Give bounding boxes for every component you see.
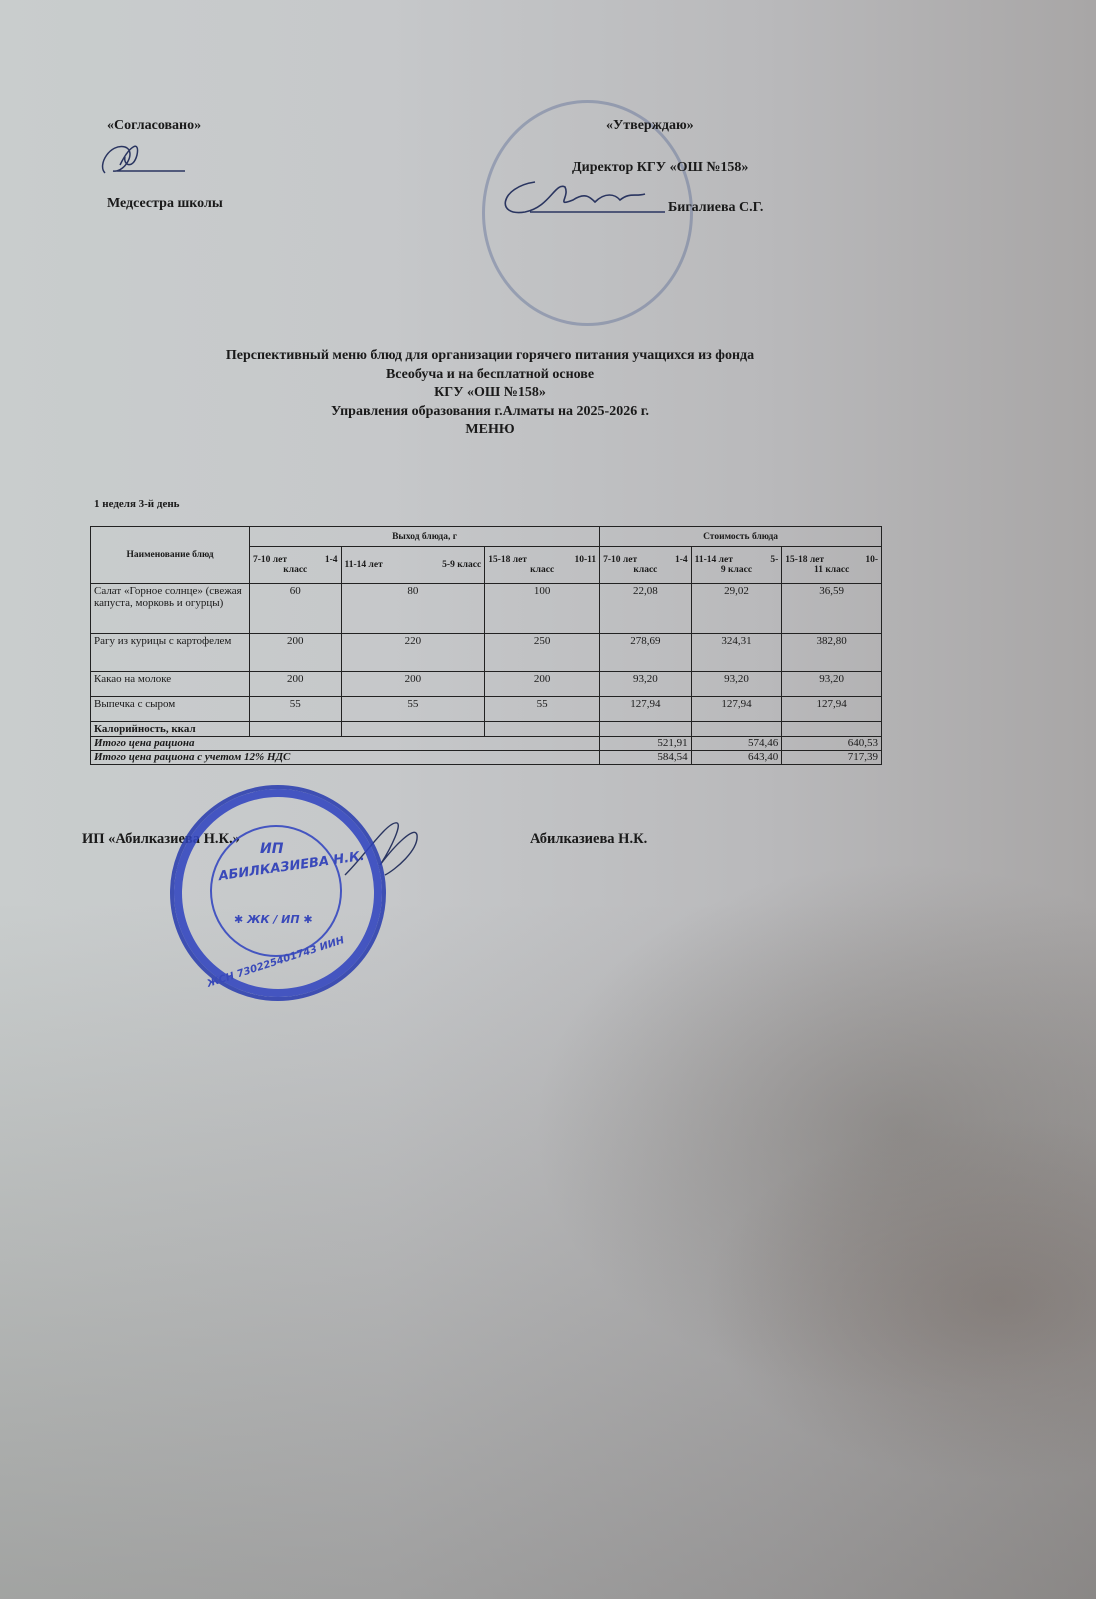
menu-table: Наименование блюд Выход блюда, г Стоимос… xyxy=(90,526,882,765)
total-row: Итого цена рациона521,91574,46640,53 xyxy=(91,737,882,751)
title-line: Перспективный меню блюд для организации … xyxy=(150,347,830,366)
cost-cell: 324,31 xyxy=(691,634,782,672)
total-value: 640,53 xyxy=(782,737,882,751)
cost-cell: 127,94 xyxy=(691,697,782,722)
stamp-top: ИП xyxy=(260,841,283,857)
cost-cell: 29,02 xyxy=(691,584,782,634)
dish-name: Какао на молоке xyxy=(91,672,250,697)
stamp-bottom: ✱ ЖК / ИП ✱ xyxy=(234,913,313,926)
cost-cell: 278,69 xyxy=(600,634,692,672)
cost-cell: 93,20 xyxy=(782,672,882,697)
subcol-header: 7-10 лет1-4класс xyxy=(600,547,692,584)
cost-cell: 382,80 xyxy=(782,634,882,672)
yield-cell: 200 xyxy=(485,672,600,697)
total-value: 717,39 xyxy=(782,751,882,765)
title-line: Всеобуча и на бесплатной основе xyxy=(150,366,830,385)
table-row: Рагу из курицы с картофелем200220250278,… xyxy=(91,634,882,672)
title-line: Управления образования г.Алматы на 2025-… xyxy=(150,403,830,422)
cost-cell: 93,20 xyxy=(600,672,692,697)
document-title: Перспективный меню блюд для организации … xyxy=(150,347,830,440)
title-line: МЕНЮ xyxy=(150,421,830,440)
subcol-header: 7-10 лет1-4класс xyxy=(250,547,342,584)
nurse-signature-icon xyxy=(95,135,195,180)
supplier-stamp-icon: ИП АБИЛКАЗИЕВА Н.К. ✱ ЖК / ИП ✱ ЖСН 7302… xyxy=(170,785,386,1001)
dish-name: Выпечка с сыром xyxy=(91,697,250,722)
yield-cell: 55 xyxy=(341,697,485,722)
director-signature-icon xyxy=(495,172,675,222)
subcol-header: 11-14 лет5-9 класс xyxy=(691,547,782,584)
subcol-header: 15-18 лет10-11 класс xyxy=(782,547,882,584)
subcol-header: 15-18 лет10-11класс xyxy=(485,547,600,584)
total-value: 521,91 xyxy=(600,737,692,751)
total-label: Итого цена рациона xyxy=(91,737,600,751)
col-group-cost: Стоимость блюда xyxy=(600,527,882,547)
title-line: КГУ «ОШ №158» xyxy=(150,384,830,403)
cost-cell: 127,94 xyxy=(782,697,882,722)
yield-cell: 55 xyxy=(485,697,600,722)
yield-cell: 220 xyxy=(341,634,485,672)
col-dish-name: Наименование блюд xyxy=(91,527,250,584)
yield-cell: 80 xyxy=(341,584,485,634)
yield-cell: 250 xyxy=(485,634,600,672)
agreed-label: «Согласовано» xyxy=(107,118,201,134)
cost-cell: 127,94 xyxy=(600,697,692,722)
cost-cell: 93,20 xyxy=(691,672,782,697)
table-row: Выпечка с сыром555555127,94127,94127,94 xyxy=(91,697,882,722)
table-row: Какао на молоке20020020093,2093,2093,20 xyxy=(91,672,882,697)
total-value: 584,54 xyxy=(600,751,692,765)
calories-label: Калорийность, ккал xyxy=(91,722,250,737)
yield-cell: 200 xyxy=(341,672,485,697)
dish-name: Рагу из курицы с картофелем xyxy=(91,634,250,672)
subcol-header: 11-14 лет5-9 класс xyxy=(341,547,485,584)
total-label: Итого цена рациона с учетом 12% НДС xyxy=(91,751,600,765)
total-value: 643,40 xyxy=(691,751,782,765)
dish-name: Салат «Горное солнце» (свежая капуста, м… xyxy=(91,584,250,634)
total-row: Итого цена рациона с учетом 12% НДС584,5… xyxy=(91,751,882,765)
col-group-yield: Выход блюда, г xyxy=(250,527,600,547)
yield-cell: 200 xyxy=(250,672,342,697)
yield-cell: 200 xyxy=(250,634,342,672)
calories-row: Калорийность, ккал xyxy=(91,722,882,737)
supplier-name: Абилказиева Н.К. xyxy=(530,831,647,848)
table-row: Салат «Горное солнце» (свежая капуста, м… xyxy=(91,584,882,634)
yield-cell: 60 xyxy=(250,584,342,634)
director-name: Бигалиева С.Г. xyxy=(668,200,763,216)
week-day-label: 1 неделя 3-й день xyxy=(94,498,180,510)
yield-cell: 100 xyxy=(485,584,600,634)
cost-cell: 22,08 xyxy=(600,584,692,634)
approved-label: «Утверждаю» xyxy=(606,118,694,134)
total-value: 574,46 xyxy=(691,737,782,751)
cost-cell: 36,59 xyxy=(782,584,882,634)
yield-cell: 55 xyxy=(250,697,342,722)
nurse-role: Медсестра школы xyxy=(107,196,223,212)
